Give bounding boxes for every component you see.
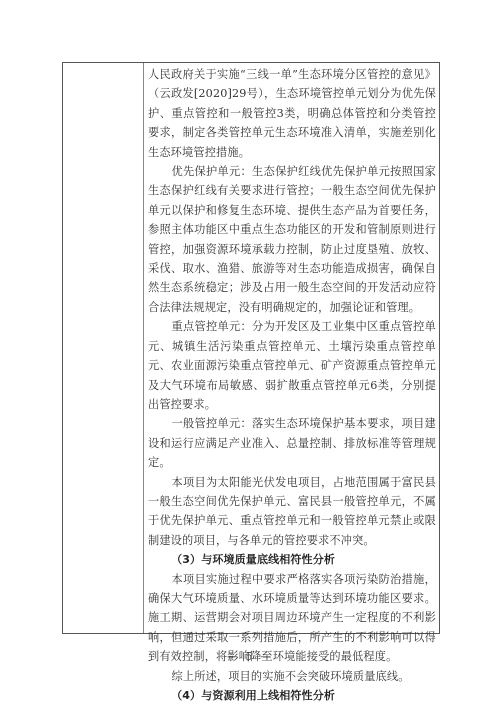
paragraph-priority-protection-unit: 优先保护单元：生态保护红线优先保护单元按照国家生态保护红线有关要求进行管控；一般… [148, 162, 436, 317]
paragraph-key-control-unit: 重点管控单元：分为开发区及工业集中区重点管控单元、城镇生活污染重点管控单元、土壤… [148, 317, 436, 414]
paragraph-conclusion: 综上所述，项目的实施不会突破环境质量底线。 [148, 667, 436, 686]
paragraph-project-conformity: 本项目为太阳能光伏发电项目，占地范围属于富民县一般生态空间优先保护单元、富民县一… [148, 473, 436, 551]
paragraph-general-control-unit: 一般管控单元：落实生态环境保护基本要求，项目建设和运行应满足产业准入、总量控制、… [148, 414, 436, 472]
content-table: 人民政府关于实施“三线一单”生态环境分区管控的意见》（云政发[2020]29号）… [62, 62, 440, 634]
paragraph-policy-intro: 人民政府关于实施“三线一单”生态环境分区管控的意见》（云政发[2020]29号）… [148, 65, 436, 162]
table-left-cell [63, 63, 144, 633]
section-heading-environmental-quality: （3）与环境质量底线相符性分析 [148, 550, 436, 569]
section-heading-resource-utilization: （4）与资源利用上线相符性分析 [148, 686, 436, 705]
page-number: — 5 — [0, 650, 500, 663]
table-right-cell: 人民政府关于实施“三线一单”生态环境分区管控的意见》（云政发[2020]29号）… [144, 63, 439, 633]
